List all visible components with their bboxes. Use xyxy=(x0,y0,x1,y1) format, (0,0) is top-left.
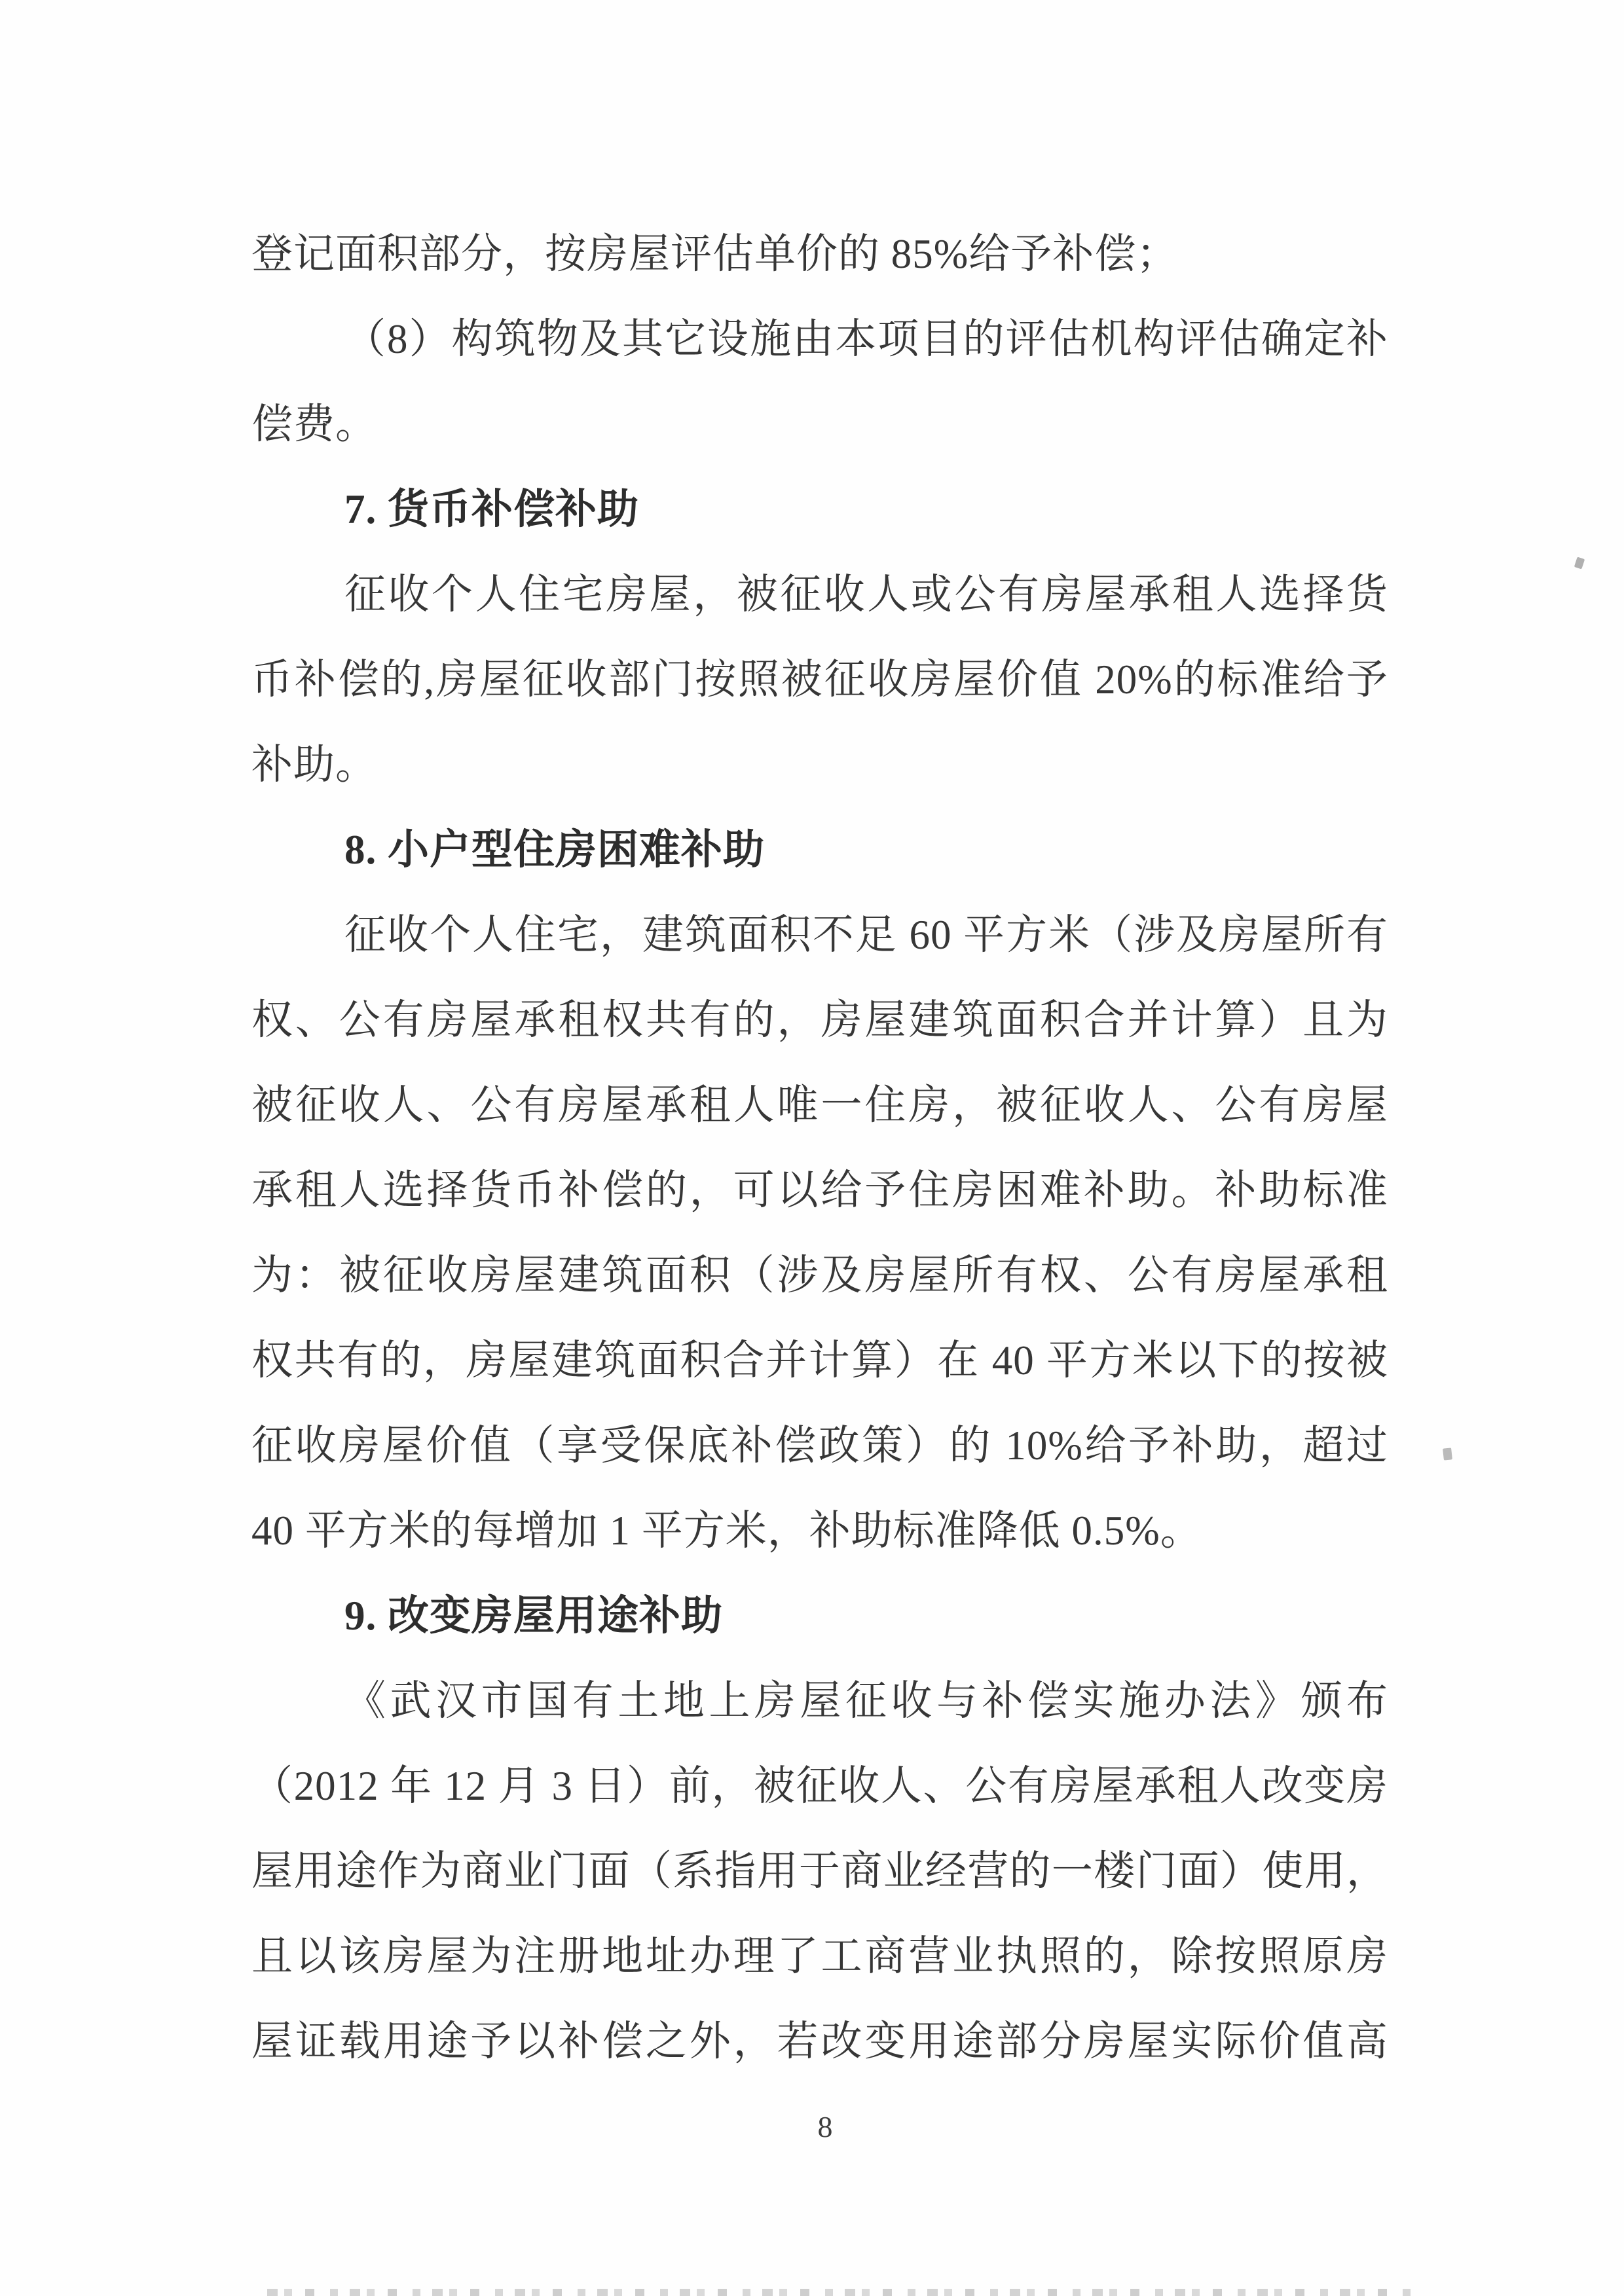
page-number: 8 xyxy=(13,2103,1624,2151)
text-line: 征收个人住宅，建筑面积不足 60 平方米（涉及房屋所有 xyxy=(251,892,1388,977)
scan-speck xyxy=(1443,1448,1452,1460)
text-line: 且以该房屋为注册地址办理了工商营业执照的，除按照原房 xyxy=(251,1914,1388,1999)
section-heading-7: 7. 货币补偿补助 xyxy=(251,467,1388,552)
text-line: 补助。 xyxy=(251,722,1388,807)
text-line: 权、公有房屋承租权共有的，房屋建筑面积合并计算）且为 xyxy=(251,977,1388,1063)
document-body: 登记面积部分，按房屋评估单价的 85%给予补偿； （8）构筑物及其它设施由本项目… xyxy=(251,211,1388,2084)
text-line: 40 平方米的每增加 1 平方米，补助标准降低 0.5%。 xyxy=(251,1488,1388,1573)
text-line: 偿费。 xyxy=(251,382,1388,467)
text-line: 《武汉市国有土地上房屋征收与补偿实施办法》颁布 xyxy=(251,1658,1388,1743)
text-line: 承租人选择货币补偿的，可以给予住房困难补助。补助标准 xyxy=(251,1148,1388,1233)
scan-speck xyxy=(1574,557,1585,570)
text-line: 币补偿的,房屋征收部门按照被征收房屋价值 20%的标准给予 xyxy=(251,637,1388,722)
document-page: 登记面积部分，按房屋评估单价的 85%给予补偿； （8）构筑物及其它设施由本项目… xyxy=(0,0,1624,2296)
text-line: 被征收人、公有房屋承租人唯一住房，被征收人、公有房屋 xyxy=(251,1063,1388,1148)
text-line: 登记面积部分，按房屋评估单价的 85%给予补偿； xyxy=(251,211,1388,297)
bleed-through-text-artifact xyxy=(267,2289,1421,2296)
text-line: 屋证载用途予以补偿之外，若改变用途部分房屋实际价值高 xyxy=(251,1999,1388,2084)
text-line: 征收个人住宅房屋，被征收人或公有房屋承租人选择货 xyxy=(251,552,1388,637)
text-line: 屋用途作为商业门面（系指用于商业经营的一楼门面）使用， xyxy=(251,1829,1388,1914)
section-heading-8: 8. 小户型住房困难补助 xyxy=(251,807,1388,892)
section-heading-9: 9. 改变房屋用途补助 xyxy=(251,1573,1388,1658)
text-line: 权共有的，房屋建筑面积合并计算）在 40 平方米以下的按被 xyxy=(251,1318,1388,1403)
text-line: 为：被征收房屋建筑面积（涉及房屋所有权、公有房屋承租 xyxy=(251,1233,1388,1318)
text-line: 征收房屋价值（享受保底补偿政策）的 10%给予补助，超过 xyxy=(251,1403,1388,1488)
text-line: （2012 年 12 月 3 日）前，被征收人、公有房屋承租人改变房 xyxy=(251,1743,1388,1829)
text-line: （8）构筑物及其它设施由本项目的评估机构评估确定补 xyxy=(251,297,1388,382)
